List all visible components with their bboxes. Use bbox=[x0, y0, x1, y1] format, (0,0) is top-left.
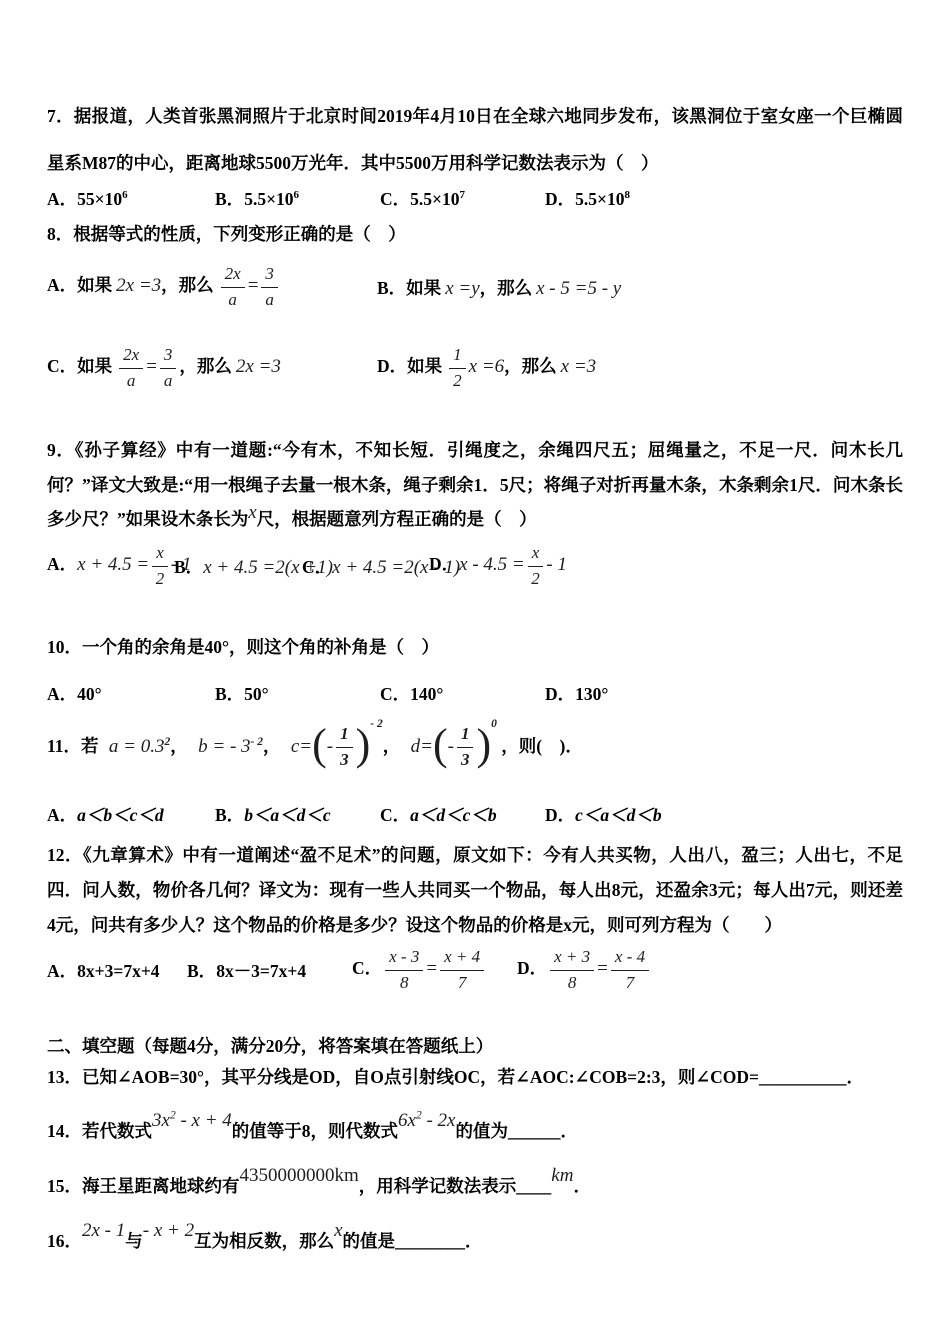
q8-option-d: D．如果 12x =6，那么 x =3 bbox=[377, 346, 903, 390]
math-expression-2: 6x2 - 2x bbox=[398, 1110, 455, 1131]
option-label: D． bbox=[429, 554, 459, 574]
option-value: 5.5×10 bbox=[410, 189, 459, 209]
stem-text: ，用科学记数法表示____ bbox=[359, 1176, 552, 1196]
stem-text: 11．若 bbox=[47, 736, 99, 756]
question-14: 14．若代数式3x2 - x + 4的值等于8，则代数式6x2 - 2x的值为_… bbox=[47, 1116, 903, 1147]
exponent: - 2 bbox=[251, 736, 263, 748]
fraction: 2xa bbox=[221, 265, 245, 309]
math-expression-2: - x + 2 bbox=[143, 1220, 194, 1241]
q11-option-c: C．a＜d＜c＜b bbox=[380, 803, 545, 829]
section-2-title: 二、填空题（每题4分，满分20分，将答案填在答题纸上） bbox=[47, 1031, 903, 1061]
option-label: B． bbox=[215, 189, 244, 209]
question-12: 12．《九章算术》中有一道阐述“盈不足术”的问题，原文如下：今有人共买物，人出八… bbox=[47, 838, 903, 998]
q8-option-c: C．如果 2xa=3a，那么 2x =3 bbox=[47, 346, 377, 390]
option-expression: a＜d＜c＜b bbox=[410, 805, 497, 825]
q12-option-a: A．8x+3=7x+4 bbox=[47, 958, 187, 983]
left-paren: ( bbox=[433, 720, 448, 769]
option-label: A． bbox=[47, 189, 77, 209]
q8-stem: 8．根据等式的性质，下列变形正确的是（ ） bbox=[47, 211, 903, 258]
math-c: c= bbox=[291, 736, 312, 757]
fraction: x + 47 bbox=[440, 948, 484, 992]
q10-stem: 10．一个角的余角是40°，则这个角的补角是（ ） bbox=[47, 624, 903, 671]
option-label: A． bbox=[47, 805, 77, 825]
q12-options: A．8x+3=7x+4 B．8x－3=7x+4 C．x - 38=x + 47 … bbox=[47, 943, 903, 998]
q8-options-row-2: C．如果 2xa=3a，那么 2x =3 D．如果 12x =6，那么 x =3 bbox=[47, 341, 903, 396]
option-label: A． bbox=[47, 554, 77, 574]
q7-options: A．55×106 B．5.5×106 C．5.5×107 D．5.5×108 bbox=[47, 187, 903, 211]
distance-value: 4350000000km bbox=[240, 1165, 359, 1186]
option-label: C． bbox=[302, 557, 332, 577]
q12-stem: 12．《九章算术》中有一道阐述“盈不足术”的问题，原文如下：今有人共买物，人出八… bbox=[47, 838, 903, 943]
option-connector: ，那么 bbox=[179, 356, 232, 376]
comma: ， bbox=[383, 736, 401, 756]
math-d: d= bbox=[411, 736, 433, 757]
question-number: 16． bbox=[47, 1231, 82, 1251]
fraction: 3a bbox=[261, 265, 278, 309]
option-exponent: 6 bbox=[294, 189, 300, 201]
option-label: B． bbox=[215, 805, 244, 825]
stem-text: 互为相反数，那么 bbox=[194, 1231, 334, 1251]
fraction: x2 bbox=[528, 544, 544, 588]
comma: ， bbox=[170, 736, 188, 756]
math-condition: 2x =3 bbox=[116, 275, 161, 296]
q11-options: A．a＜b＜c＜d B．b＜a＜d＜c C．a＜d＜c＜b D．c＜a＜d＜b bbox=[47, 803, 903, 829]
stem-text: 14．若代数式 bbox=[47, 1121, 152, 1141]
fraction: x + 38 bbox=[550, 948, 594, 992]
q10-option-a: A．40° bbox=[47, 682, 215, 706]
stem-text: 与 bbox=[125, 1231, 143, 1251]
question-9: 9．《孙子算经》中有一道题:“今有木，不知长短．引绳度之，余绳四尺五；屈绳量之，… bbox=[47, 433, 903, 594]
right-paren: ) bbox=[356, 720, 371, 769]
option-label: C． bbox=[380, 805, 410, 825]
minus-sign: - bbox=[448, 736, 454, 757]
q8-options-row-1: A．如果 2x =3，那么 2xa=3a B．如果 x =y，那么 x - 5 … bbox=[47, 260, 903, 315]
option-exponent: 6 bbox=[122, 189, 128, 201]
math-expression: x - 4.5 = bbox=[459, 554, 525, 575]
q7-option-a: A．55×106 bbox=[47, 187, 215, 211]
question-8: 8．根据等式的性质，下列变形正确的是（ ） A．如果 2x =3，那么 2xa=… bbox=[47, 211, 903, 396]
math-expression-1: 3x2 - x + 4 bbox=[152, 1110, 232, 1131]
option-label: A．如果 bbox=[47, 275, 112, 295]
question-10: 10．一个角的余角是40°，则这个角的补角是（ ） A．40° B．50° C．… bbox=[47, 624, 903, 706]
fraction: 13 bbox=[336, 725, 353, 769]
option-exponent: 8 bbox=[625, 189, 631, 201]
stem-text: 的值为______． bbox=[455, 1121, 578, 1141]
q7-option-d: D．5.5×108 bbox=[545, 187, 903, 211]
question-7: 7．据报道，人类首张黑洞照片于北京时间2019年4月10日在全球六地同步发布，该… bbox=[47, 93, 903, 211]
math-variable-x: x bbox=[334, 1220, 342, 1241]
math-condition: x =y bbox=[445, 278, 479, 299]
option-expression: a＜b＜c＜d bbox=[77, 805, 164, 825]
option-label: D．如果 bbox=[377, 356, 442, 376]
option-value: 5.5×10 bbox=[244, 189, 293, 209]
right-paren: ) bbox=[476, 720, 491, 769]
math-result: x - 5 =5 - y bbox=[536, 278, 621, 299]
math-expression-1: 2x - 1 bbox=[82, 1220, 125, 1241]
fraction: x - 47 bbox=[611, 948, 649, 992]
q12-option-b: B．8x－3=7x+4 bbox=[187, 958, 352, 983]
q10-options: A．40° B．50° C．140° D．130° bbox=[47, 682, 903, 706]
q7-stem: 7．据报道，人类首张黑洞照片于北京时间2019年4月10日在全球六地同步发布，该… bbox=[47, 93, 903, 187]
stem-text: 的值等于8，则代数式 bbox=[232, 1121, 398, 1141]
stem-text: 的值是________． bbox=[343, 1231, 483, 1251]
math-result: x =3 bbox=[561, 356, 597, 377]
q9-option-c: C．x + 4.5 =2(x - 1) bbox=[302, 554, 429, 579]
equals-sign: = bbox=[146, 356, 157, 377]
equals-sign: = bbox=[597, 958, 608, 979]
math-result: 2x =3 bbox=[236, 356, 281, 377]
minus-sign: - bbox=[327, 736, 333, 757]
option-expression: 8x+3=7x+4 bbox=[77, 961, 159, 981]
q12-option-c: C．x - 38=x + 47 bbox=[352, 948, 517, 992]
math-b: b = - 3 bbox=[198, 736, 250, 757]
option-label: B． bbox=[174, 557, 203, 577]
math-variable-x: x bbox=[248, 502, 256, 523]
option-expression: 8x－3=7x+4 bbox=[216, 961, 306, 981]
option-label: B． bbox=[187, 961, 216, 981]
option-expression: b＜a＜d＜c bbox=[244, 805, 331, 825]
option-connector: ，那么 bbox=[504, 356, 557, 376]
equals-sign: = bbox=[426, 958, 437, 979]
option-connector: ，那么 bbox=[161, 275, 214, 295]
q10-option-d: D．130° bbox=[545, 682, 903, 706]
stem-text: 尺，根据题意列方程正确的是（ ） bbox=[257, 509, 537, 529]
q12-option-d: D．x + 38=x - 47 bbox=[517, 948, 903, 992]
option-label: C． bbox=[352, 958, 382, 978]
math-expression: x + 4.5 = bbox=[77, 554, 149, 575]
q9-option-b: B．x + 4.5 =2(x +1) bbox=[174, 554, 302, 579]
q7-option-b: B．5.5×106 bbox=[215, 187, 380, 211]
math-expression: - 1 bbox=[546, 554, 567, 575]
stem-text: ． bbox=[573, 1176, 591, 1196]
fraction: 13 bbox=[457, 725, 474, 769]
option-label: C． bbox=[380, 189, 410, 209]
q11-option-d: D．c＜a＜d＜b bbox=[545, 803, 903, 829]
q10-option-b: B．50° bbox=[215, 682, 380, 706]
exam-page: 7．据报道，人类首张黑洞照片于北京时间2019年4月10日在全球六地同步发布，该… bbox=[0, 0, 950, 1344]
q11-stem: 11．若 a = 0.32， b = - 3- 2， c=(-13)- 2， d… bbox=[47, 717, 903, 776]
equals-sign: = bbox=[248, 275, 259, 296]
q10-option-c: C．140° bbox=[380, 682, 545, 706]
q11-option-b: B．b＜a＜d＜c bbox=[215, 803, 380, 829]
stem-text: 15．海王星距离地球约有 bbox=[47, 1176, 240, 1196]
option-label: D． bbox=[545, 805, 575, 825]
q9-stem: 9．《孙子算经》中有一道题:“今有木，不知长短．引绳度之，余绳四尺五；屈绳量之，… bbox=[47, 433, 903, 538]
fraction: 12 bbox=[449, 346, 466, 390]
question-13: 13．已知∠AOB=30°，其平分线是OD，自O点引射线OC，若∠AOC:∠CO… bbox=[47, 1062, 903, 1092]
option-label: A． bbox=[47, 961, 77, 981]
stem-text: ，则( )． bbox=[501, 736, 583, 756]
q9-options: A．x + 4.5 =x2- 1 B．x + 4.5 =2(x +1) C．x … bbox=[47, 539, 903, 594]
option-label: C．如果 bbox=[47, 356, 112, 376]
left-paren: ( bbox=[312, 720, 327, 769]
q9-option-d: D．x - 4.5 =x2- 1 bbox=[429, 544, 903, 588]
q8-option-b: B．如果 x =y，那么 x - 5 =5 - y bbox=[377, 275, 903, 300]
exponent: - 2 bbox=[370, 718, 382, 730]
fraction: x2 bbox=[152, 544, 168, 588]
question-15: 15．海王星距离地球约有4350000000km，用科学记数法表示____km． bbox=[47, 1171, 903, 1202]
fraction: 2xa bbox=[119, 346, 143, 390]
fraction: 3a bbox=[160, 346, 177, 390]
question-16: 16．2x - 1与- x + 2互为相反数，那么x的值是________． bbox=[47, 1226, 903, 1257]
question-11: 11．若 a = 0.32， b = - 3- 2， c=(-13)- 2， d… bbox=[47, 717, 903, 829]
q11-option-a: A．a＜b＜c＜d bbox=[47, 803, 215, 829]
option-label: D． bbox=[545, 189, 575, 209]
option-value: 55×10 bbox=[77, 189, 122, 209]
option-connector: ，那么 bbox=[480, 278, 533, 298]
option-label: D． bbox=[517, 958, 547, 978]
option-expression: c＜a＜d＜b bbox=[575, 805, 662, 825]
math-condition: x =6 bbox=[469, 356, 505, 377]
math-a: a = 0.3 bbox=[109, 736, 165, 757]
comma: ， bbox=[263, 736, 281, 756]
unit-km: km bbox=[551, 1165, 573, 1186]
q8-option-a: A．如果 2x =3，那么 2xa=3a bbox=[47, 265, 377, 309]
option-label: B．如果 bbox=[377, 278, 441, 298]
option-value: 5.5×10 bbox=[575, 189, 624, 209]
exponent: 0 bbox=[491, 718, 497, 730]
fraction: x - 38 bbox=[385, 948, 423, 992]
q9-option-a: A．x + 4.5 =x2- 1 bbox=[47, 544, 174, 588]
q7-option-c: C．5.5×107 bbox=[380, 187, 545, 211]
option-exponent: 7 bbox=[460, 189, 466, 201]
